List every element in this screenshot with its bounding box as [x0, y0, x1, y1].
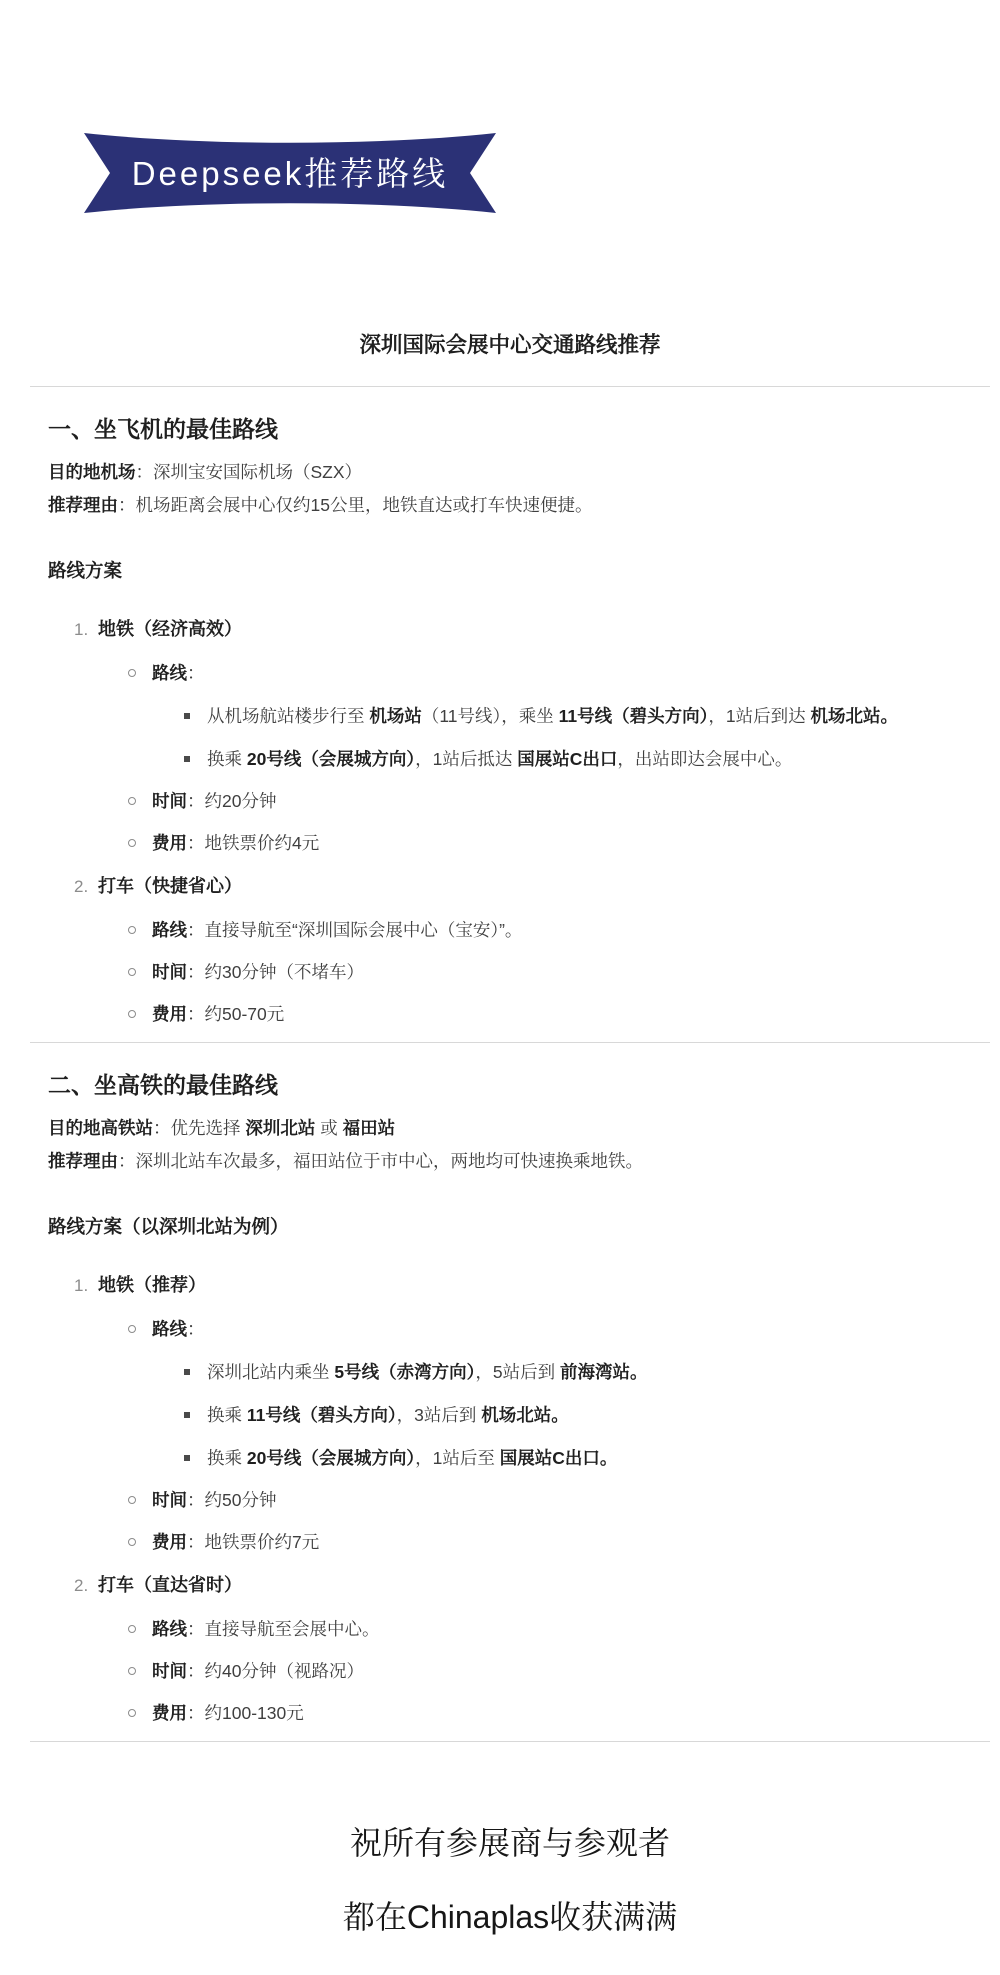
option-list: 1.地铁（经济高效）路线：从机场航站楼步行至 机场站（11号线），乘坐 11号线…: [30, 617, 990, 1026]
route-section: 一、坐飞机的最佳路线 目的地机场：深圳宝安国际机场（SZX）推荐理由：机场距离会…: [30, 414, 990, 1043]
footer-line-1: 祝所有参展商与参观者: [30, 1824, 990, 1862]
option-title: 打车（快捷省心）: [98, 876, 242, 896]
circle-bullet-icon: [128, 669, 136, 677]
route-step: 换乘 20号线（会展城方向），1站后至 国展站C出口。: [30, 1446, 990, 1470]
circle-bullet-icon: [128, 797, 136, 805]
circle-bullet-icon: [128, 1325, 136, 1333]
ribbon-banner: Deepseek推荐路线: [82, 125, 498, 221]
sections: 一、坐飞机的最佳路线 目的地机场：深圳宝安国际机场（SZX）推荐理由：机场距离会…: [30, 414, 990, 1742]
step-text: 从机场航站楼步行至 机场站（11号线），乘坐 11号线（碧头方向），1站后到达 …: [207, 706, 898, 726]
footer-blessing: 祝所有参展商与参观者 都在Chinaplas收获满满: [30, 1824, 990, 1936]
route-option: 2.打车（快捷省心）路线：直接导航至“深圳国际会展中心（宝安）”。时间：约30分…: [30, 874, 990, 1026]
title-divider: [30, 386, 990, 387]
step-text: 深圳北站内乘坐 5号线（赤湾方向），5站后到 前海湾站。: [207, 1362, 647, 1382]
circle-bullet-icon: [128, 1625, 136, 1633]
step-text: 换乘 20号线（会展城方向），1站后至 国展站C出口。: [207, 1448, 617, 1468]
circle-bullet-icon: [128, 926, 136, 934]
section-intro: 目的地高铁站：优先选择 深圳北站 或 福田站推荐理由：深圳北站车次最多，福田站位…: [30, 1112, 990, 1178]
option-head: 2.打车（直达省时）: [30, 1573, 990, 1599]
circle-bullet-icon: [128, 1010, 136, 1018]
detail-line: 费用：地铁票价约7元: [30, 1530, 990, 1554]
route-step: 换乘 20号线（会展城方向），1站后抵达 国展站C出口，出站即达会展中心。: [30, 747, 990, 771]
detail-line: 时间：约40分钟（视路况）: [30, 1659, 990, 1683]
detail-text: 时间：约40分钟（视路况）: [152, 1661, 364, 1681]
plan-heading: 路线方案: [48, 559, 990, 583]
detail-line: 时间：约30分钟（不堵车）: [30, 960, 990, 984]
detail-text: 时间：约50分钟: [152, 1490, 276, 1510]
detail-text: 路线：: [152, 1319, 205, 1339]
intro-line: 推荐理由：深圳北站车次最多，福田站位于市中心，两地均可快速换乘地铁。: [48, 1145, 990, 1178]
option-number: 1.: [74, 618, 88, 642]
option-head: 2.打车（快捷省心）: [30, 874, 990, 900]
option-number: 1.: [74, 1274, 88, 1298]
detail-text: 费用：地铁票价约7元: [152, 1532, 319, 1552]
section-heading: 一、坐飞机的最佳路线: [48, 414, 990, 445]
circle-bullet-icon: [128, 1496, 136, 1504]
circle-bullet-icon: [128, 1538, 136, 1546]
option-head: 1.地铁（经济高效）: [30, 617, 990, 643]
section-intro: 目的地机场：深圳宝安国际机场（SZX）推荐理由：机场距离会展中心仅约15公里，地…: [30, 456, 990, 522]
intro-line: 目的地机场：深圳宝安国际机场（SZX）: [48, 456, 990, 489]
detail-text: 路线：直接导航至会展中心。: [152, 1619, 380, 1639]
footer-line-2: 都在Chinaplas收获满满: [30, 1898, 990, 1936]
intro-line: 目的地高铁站：优先选择 深圳北站 或 福田站: [48, 1112, 990, 1145]
document: 深圳国际会展中心交通路线推荐 一、坐飞机的最佳路线 目的地机场：深圳宝安国际机场…: [30, 331, 990, 1936]
detail-text: 时间：约20分钟: [152, 791, 276, 811]
section-heading: 二、坐高铁的最佳路线: [48, 1070, 990, 1101]
detail-text: 时间：约30分钟（不堵车）: [152, 962, 364, 982]
section-divider: [30, 1741, 990, 1742]
circle-bullet-icon: [128, 839, 136, 847]
detail-line: 时间：约20分钟: [30, 789, 990, 813]
option-title: 地铁（经济高效）: [98, 619, 242, 639]
option-list: 1.地铁（推荐）路线：深圳北站内乘坐 5号线（赤湾方向），5站后到 前海湾站。换…: [30, 1273, 990, 1725]
option-number: 2.: [74, 1574, 88, 1598]
detail-line: 费用：约100-130元: [30, 1701, 990, 1725]
circle-bullet-icon: [128, 1709, 136, 1717]
square-bullet-icon: [184, 756, 190, 762]
circle-bullet-icon: [128, 1667, 136, 1675]
detail-text: 费用：地铁票价约4元: [152, 833, 319, 853]
section-divider: [30, 1042, 990, 1043]
square-bullet-icon: [184, 1455, 190, 1461]
route-option: 1.地铁（经济高效）路线：从机场航站楼步行至 机场站（11号线），乘坐 11号线…: [30, 617, 990, 855]
option-head: 1.地铁（推荐）: [30, 1273, 990, 1299]
detail-line: 费用：地铁票价约4元: [30, 831, 990, 855]
intro-line: 推荐理由：机场距离会展中心仅约15公里，地铁直达或打车快速便捷。: [48, 489, 990, 522]
route-option: 2.打车（直达省时）路线：直接导航至会展中心。时间：约40分钟（视路况）费用：约…: [30, 1573, 990, 1725]
route-step: 深圳北站内乘坐 5号线（赤湾方向），5站后到 前海湾站。: [30, 1360, 990, 1384]
route-step: 换乘 11号线（碧头方向），3站后到 机场北站。: [30, 1403, 990, 1427]
detail-line: 路线：直接导航至“深圳国际会展中心（宝安）”。: [30, 918, 990, 942]
detail-text: 路线：直接导航至“深圳国际会展中心（宝安）”。: [152, 920, 522, 940]
option-title: 地铁（推荐）: [98, 1275, 206, 1295]
route-option: 1.地铁（推荐）路线：深圳北站内乘坐 5号线（赤湾方向），5站后到 前海湾站。换…: [30, 1273, 990, 1554]
detail-line: 路线：: [30, 661, 990, 685]
square-bullet-icon: [184, 713, 190, 719]
circle-bullet-icon: [128, 968, 136, 976]
route-section: 二、坐高铁的最佳路线 目的地高铁站：优先选择 深圳北站 或 福田站推荐理由：深圳…: [30, 1070, 990, 1742]
step-text: 换乘 11号线（碧头方向），3站后到 机场北站。: [207, 1405, 569, 1425]
square-bullet-icon: [184, 1412, 190, 1418]
detail-line: 费用：约50-70元: [30, 1002, 990, 1026]
detail-text: 费用：约100-130元: [152, 1703, 304, 1723]
plan-heading: 路线方案（以深圳北站为例）: [48, 1215, 990, 1239]
banner-title: Deepseek推荐路线: [82, 148, 498, 195]
page-title: 深圳国际会展中心交通路线推荐: [30, 331, 990, 359]
step-text: 换乘 20号线（会展城方向），1站后抵达 国展站C出口，出站即达会展中心。: [207, 749, 792, 769]
route-step: 从机场航站楼步行至 机场站（11号线），乘坐 11号线（碧头方向），1站后到达 …: [30, 704, 990, 728]
option-number: 2.: [74, 875, 88, 899]
detail-line: 路线：直接导航至会展中心。: [30, 1617, 990, 1641]
detail-text: 路线：: [152, 663, 205, 683]
detail-line: 时间：约50分钟: [30, 1488, 990, 1512]
detail-line: 路线：: [30, 1317, 990, 1341]
detail-text: 费用：约50-70元: [152, 1004, 284, 1024]
option-title: 打车（直达省时）: [98, 1575, 242, 1595]
square-bullet-icon: [184, 1369, 190, 1375]
